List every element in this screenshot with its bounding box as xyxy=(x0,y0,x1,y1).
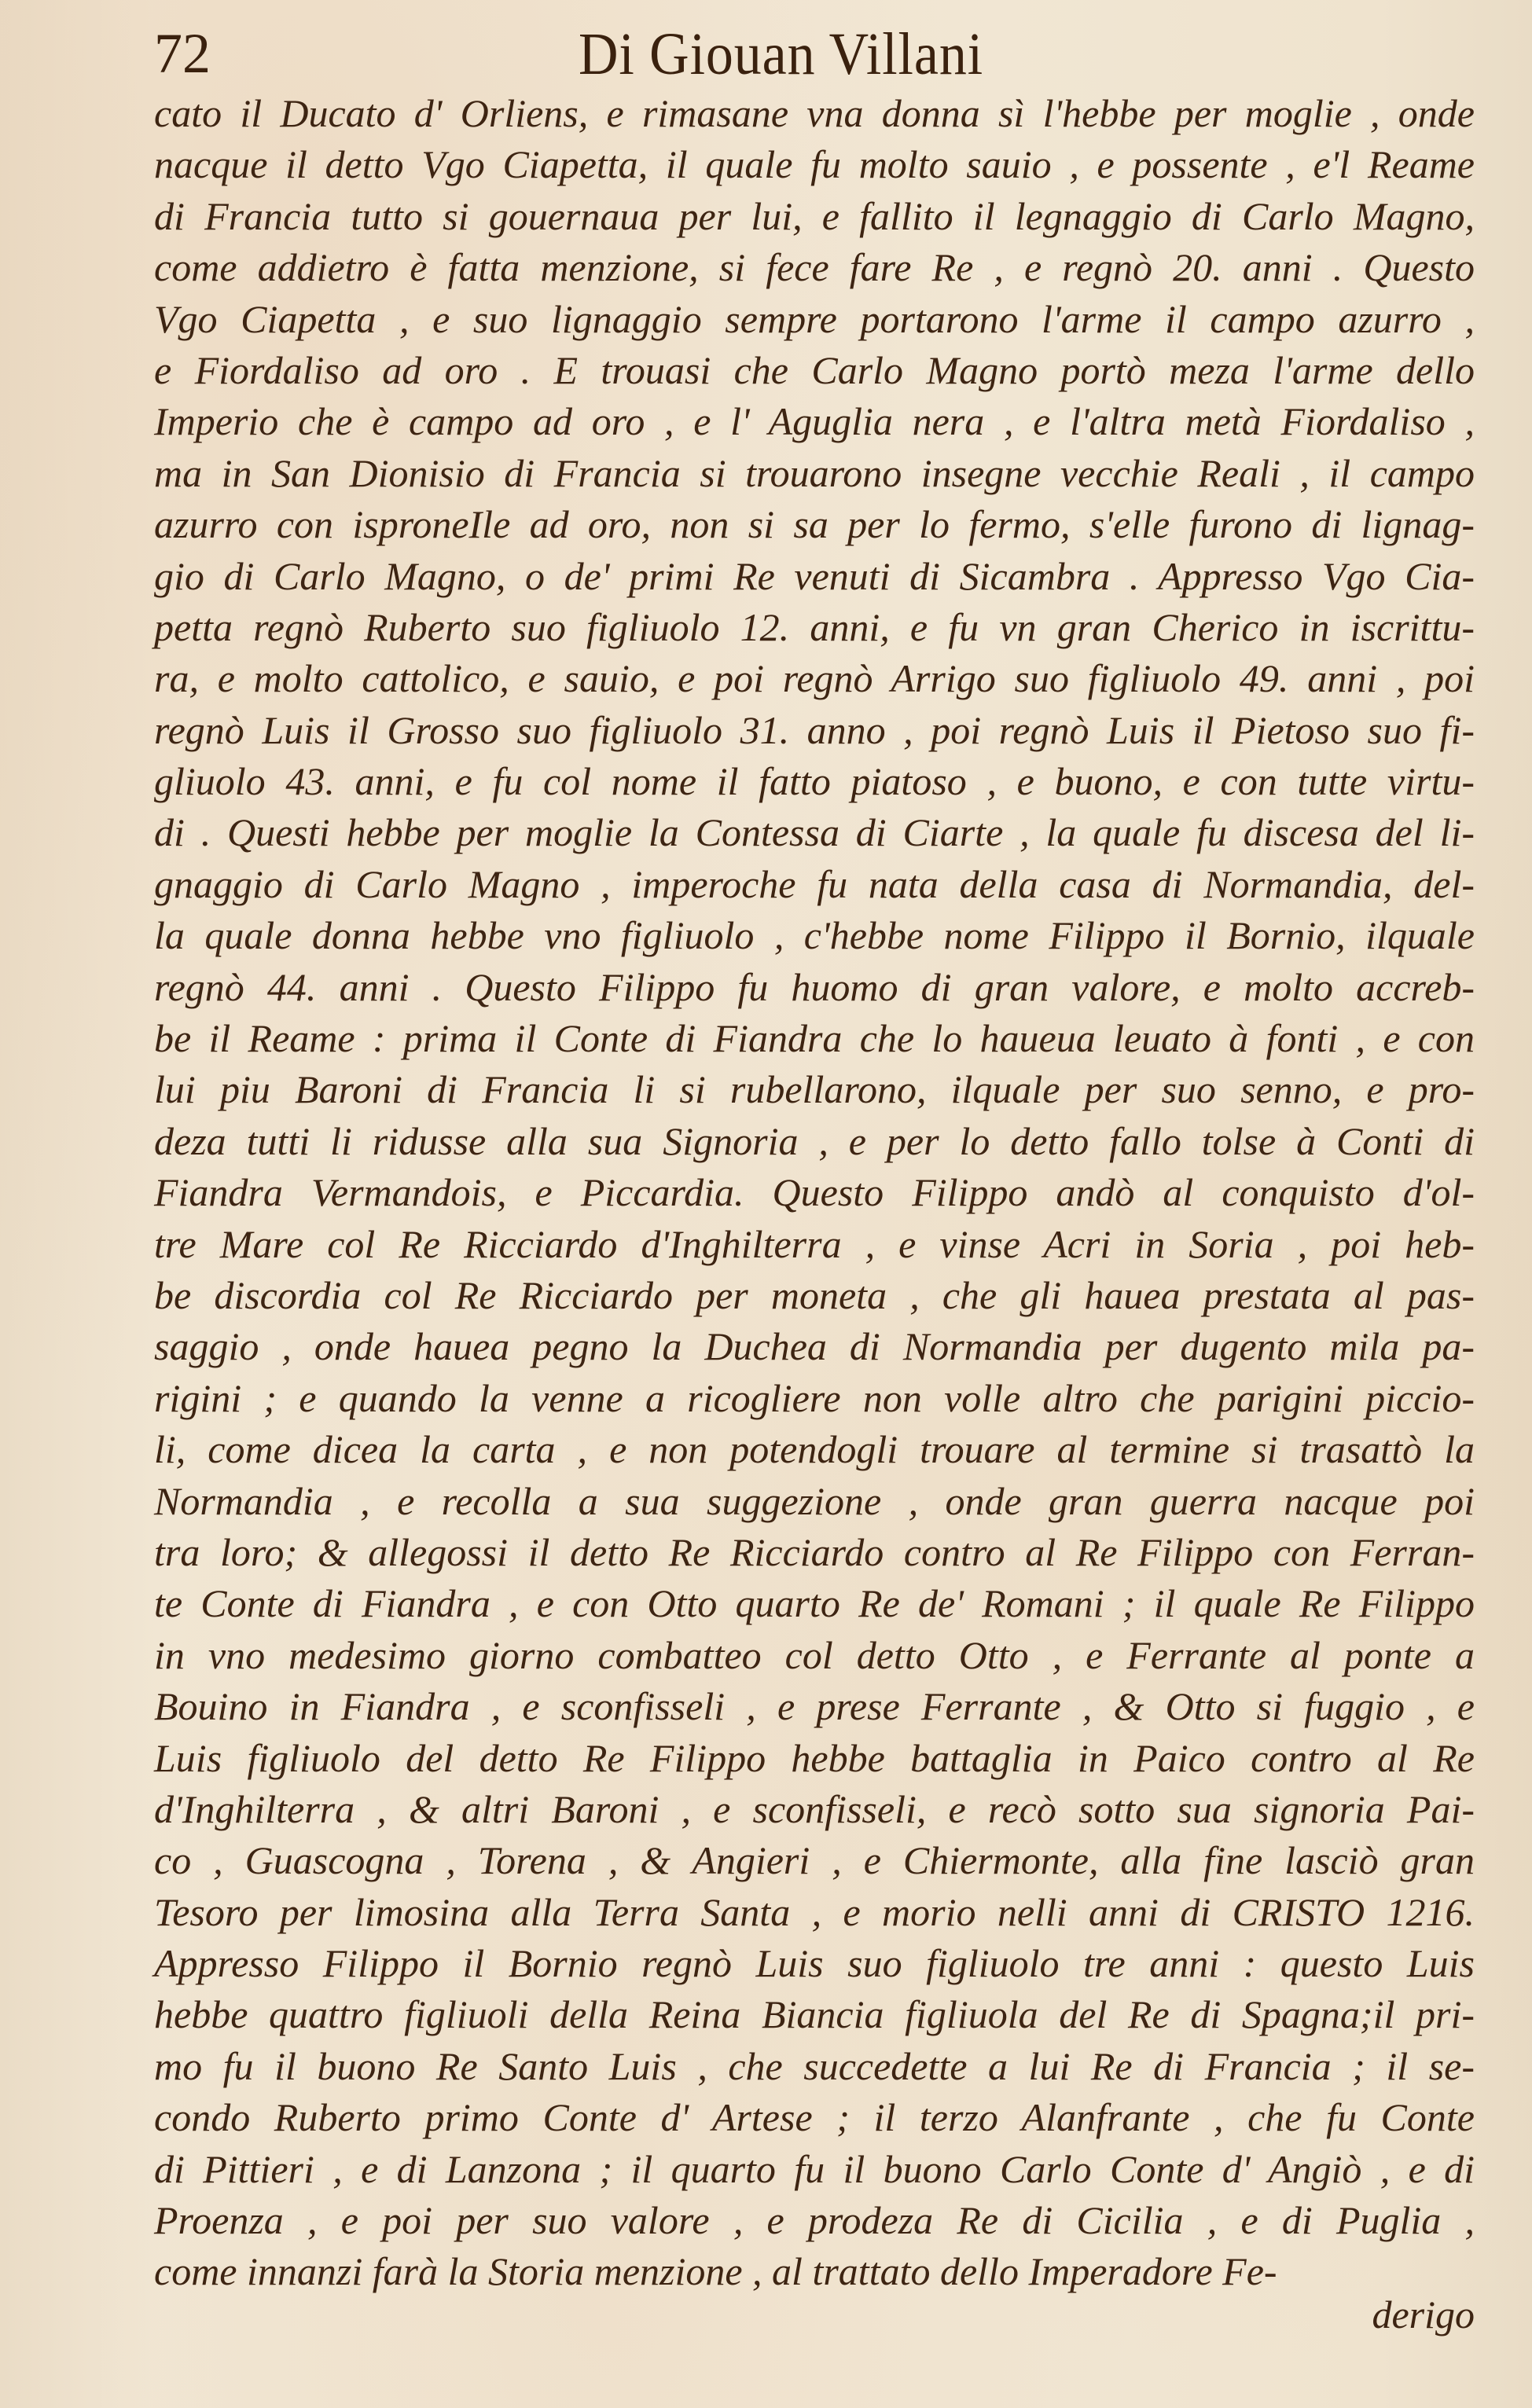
text-line: saggio , onde hauea pegno la Duchea di N… xyxy=(154,1321,1475,1372)
text-line: lui piu Baroni di Francia li si rubellar… xyxy=(154,1064,1475,1115)
text-line: d'Inghilterra , & altri Baroni , e sconf… xyxy=(154,1784,1475,1835)
text-line: Luis figliuolo del detto Re Filippo hebb… xyxy=(154,1733,1475,1784)
page-header: 72 Di Giouan Villani xyxy=(154,24,1475,88)
text-line: Tesoro per limosina alla Terra Santa , e… xyxy=(154,1887,1475,1938)
text-line: come addietro è fatta menzione, si fece … xyxy=(154,242,1475,293)
text-line: Vgo Ciapetta , e suo lignaggio sempre po… xyxy=(154,294,1475,345)
running-head: Di Giouan Villani xyxy=(579,24,983,85)
text-line: mo fu il buono Re Santo Luis , che succe… xyxy=(154,2041,1475,2092)
text-line: Proenza , e poi per suo valore , e prode… xyxy=(154,2195,1475,2246)
text-line: regnò 44. anni . Questo Filippo fu huomo… xyxy=(154,962,1475,1013)
page-number: 72 xyxy=(154,25,211,82)
text-line: e Fiordaliso ad oro . E trouasi che Carl… xyxy=(154,345,1475,396)
text-line: ma in San Dionisio di Francia si trouaro… xyxy=(154,448,1475,499)
text-line: come innanzi farà la Storia menzione , a… xyxy=(154,2246,1475,2297)
text-line: Bouino in Fiandra , e sconfisseli , e pr… xyxy=(154,1681,1475,1732)
text-line: condo Ruberto primo Conte d' Artese ; il… xyxy=(154,2092,1475,2143)
text-line: deza tutti li ridusse alla sua Signoria … xyxy=(154,1116,1475,1167)
text-line: gliuolo 43. anni, e fu col nome il fatto… xyxy=(154,756,1475,807)
text-line: tre Mare col Re Ricciardo d'Inghilterra … xyxy=(154,1219,1475,1270)
text-line: Appresso Filippo il Bornio regnò Luis su… xyxy=(154,1938,1475,1989)
text-line: gnaggio di Carlo Magno , imperoche fu na… xyxy=(154,859,1475,910)
text-line: azurro con isproneIle ad oro, non si sa … xyxy=(154,499,1475,550)
text-line: nacque il detto Vgo Ciapetta, il quale f… xyxy=(154,139,1475,190)
text-line: in vno medesimo giorno combatteo col det… xyxy=(154,1630,1475,1681)
book-page: 72 Di Giouan Villani cato il Ducato d' O… xyxy=(154,24,1475,2298)
text-line: di Pittieri , e di Lanzona ; il quarto f… xyxy=(154,2144,1475,2195)
text-line: ra, e molto cattolico, e sauio, e poi re… xyxy=(154,653,1475,704)
text-line: Fiandra Vermandois, e Piccardia. Questo … xyxy=(154,1167,1475,1218)
text-line: be il Reame : prima il Conte di Fiandra … xyxy=(154,1013,1475,1064)
text-line: hebbe quattro figliuoli della Reina Bian… xyxy=(154,1989,1475,2040)
body-text: cato il Ducato d' Orliens, e rimasane vn… xyxy=(154,88,1475,2298)
text-line: petta regnò Ruberto suo figliuolo 12. an… xyxy=(154,602,1475,653)
catchword: derigo xyxy=(1372,2291,1475,2338)
text-line: rigini ; e quando la venne a ricogliere … xyxy=(154,1373,1475,1424)
text-line: regnò Luis il Grosso suo figliuolo 31. a… xyxy=(154,705,1475,756)
text-line: co , Guascogna , Torena , & Angieri , e … xyxy=(154,1835,1475,1886)
text-line: te Conte di Fiandra , e con Otto quarto … xyxy=(154,1578,1475,1629)
text-line: cato il Ducato d' Orliens, e rimasane vn… xyxy=(154,88,1475,139)
text-line: la quale donna hebbe vno figliuolo , c'h… xyxy=(154,910,1475,961)
text-line: gio di Carlo Magno, o de' primi Re venut… xyxy=(154,551,1475,602)
text-line: di Francia tutto si gouernaua per lui, e… xyxy=(154,191,1475,242)
text-line: li, come dicea la carta , e non potendog… xyxy=(154,1424,1475,1475)
text-line: Imperio che è campo ad oro , e l' Agugli… xyxy=(154,396,1475,447)
text-line: Normandia , e recolla a sua suggezione ,… xyxy=(154,1476,1475,1527)
text-line: di . Questi hebbe per moglie la Contessa… xyxy=(154,807,1475,858)
text-line: tra loro; & allegossi il detto Re Riccia… xyxy=(154,1527,1475,1578)
text-line: be discordia col Re Ricciardo per moneta… xyxy=(154,1270,1475,1321)
